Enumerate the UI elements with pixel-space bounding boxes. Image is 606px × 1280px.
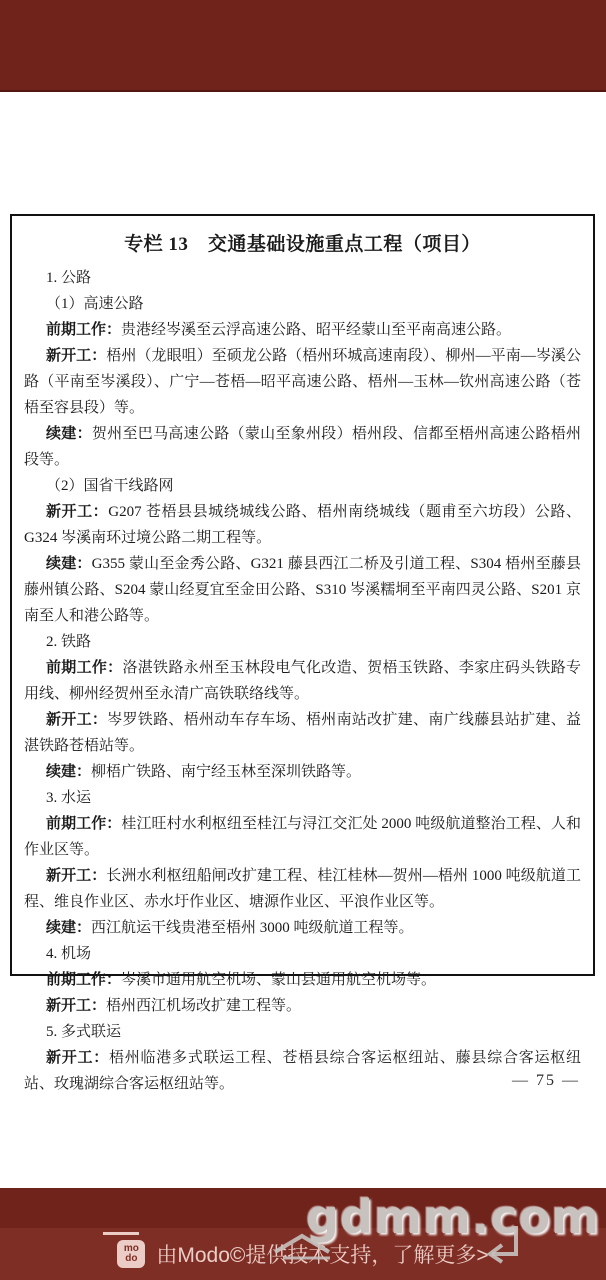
- modo-logo-icon: mo do: [117, 1240, 145, 1268]
- paragraph-label: 新开工：: [46, 504, 108, 520]
- paragraph-label: 新开工：: [46, 868, 106, 884]
- project-paragraph: 前期工作：岑溪市通用航空机场、蒙山县通用航空机场等。: [24, 967, 581, 993]
- paragraph-label: 续建：: [46, 426, 92, 442]
- project-paragraph: 续建：贺州至巴马高速公路（蒙山至象州段）梧州段、信都至梧州高速公路梧州段等。: [24, 421, 581, 473]
- project-paragraph: 新开工：梧州（龙眼咀）至硕龙公路（梧州环城高速南段）、柳州—平南—岑溪公路（平南…: [24, 343, 581, 421]
- paragraph-label: 新开工：: [46, 712, 107, 728]
- project-paragraph: 续建：西江航运干线贵港至梧州 3000 吨级航道工程等。: [24, 915, 581, 941]
- paragraph-label: 前期工作：: [46, 816, 121, 832]
- project-paragraph: 新开工：梧州西江机场改扩建工程等。: [24, 993, 581, 1019]
- project-paragraph: 新开工：长洲水利枢纽船闸改扩建工程、桂江桂林—贺州—梧州 1000 吨级航道工程…: [24, 863, 581, 915]
- section-heading: （2）国省干线路网: [24, 473, 581, 499]
- section-heading: 1. 公路: [24, 265, 581, 291]
- page-number: — 75 —: [512, 1072, 580, 1090]
- project-paragraph: 前期工作：桂江旺村水利枢纽至桂江与浔江交汇处 2000 吨级航道整治工程、人和作…: [24, 811, 581, 863]
- paragraph-label: 新开工：: [46, 348, 106, 364]
- paragraph-label: 前期工作：: [46, 322, 121, 338]
- modo-logo-text-bottom: do: [125, 1254, 137, 1264]
- paragraph-label: 续建：: [46, 556, 92, 572]
- paragraph-label: 新开工：: [46, 1050, 109, 1066]
- project-paragraph: 新开工：G207 苍梧县县城绕城线公路、梧州南绕城线（题甫至六坊段）公路、G32…: [24, 499, 581, 551]
- panel-paragraphs: 1. 公路（1）高速公路前期工作：贵港经岑溪至云浮高速公路、昭平经蒙山至平南高速…: [24, 265, 581, 1097]
- paragraph-label: 续建：: [46, 920, 91, 936]
- paragraph-label: 新开工：: [46, 998, 106, 1014]
- paragraph-label: 前期工作：: [46, 660, 122, 676]
- project-paragraph: 新开工：岑罗铁路、梧州动车存车场、梧州南站改扩建、南广线藤县站扩建、益湛铁路苍梧…: [24, 707, 581, 759]
- project-box-panel: 专栏 13 交通基础设施重点工程（项目） 1. 公路（1）高速公路前期工作：贵港…: [10, 214, 595, 976]
- project-paragraph: 前期工作：贵港经岑溪至云浮高速公路、昭平经蒙山至平南高速公路。: [24, 317, 581, 343]
- project-paragraph: 前期工作：洛湛铁路永州至玉林段电气化改造、贺梧玉铁路、李家庄码头铁路专用线、柳州…: [24, 655, 581, 707]
- section-heading: （1）高速公路: [24, 291, 581, 317]
- panel-title: 专栏 13 交通基础设施重点工程（项目）: [24, 229, 581, 256]
- project-paragraph: 续建：柳梧广铁路、南宁经玉林至深圳铁路等。: [24, 759, 581, 785]
- mobile-document-page: { "colors":{ "maroon":"#6f231b", "maroon…: [0, 0, 606, 1280]
- browser-theme-top-bar: [0, 0, 606, 92]
- section-heading: 5. 多式联运: [24, 1019, 581, 1045]
- section-heading: 4. 机场: [24, 941, 581, 967]
- paragraph-label: 续建：: [46, 764, 91, 780]
- paragraph-label: 前期工作：: [46, 972, 121, 988]
- section-heading: 2. 铁路: [24, 629, 581, 655]
- site-watermark: gdmm.com: [306, 1190, 600, 1244]
- project-paragraph: 续建：G355 蒙山至金秀公路、G321 藤县西江二桥及引道工程、S304 梧州…: [24, 551, 581, 629]
- section-heading: 3. 水运: [24, 785, 581, 811]
- project-paragraph: 新开工：梧州临港多式联运工程、苍梧县综合客运枢纽站、藤县综合客运枢纽站、玫瑰湖综…: [24, 1045, 581, 1097]
